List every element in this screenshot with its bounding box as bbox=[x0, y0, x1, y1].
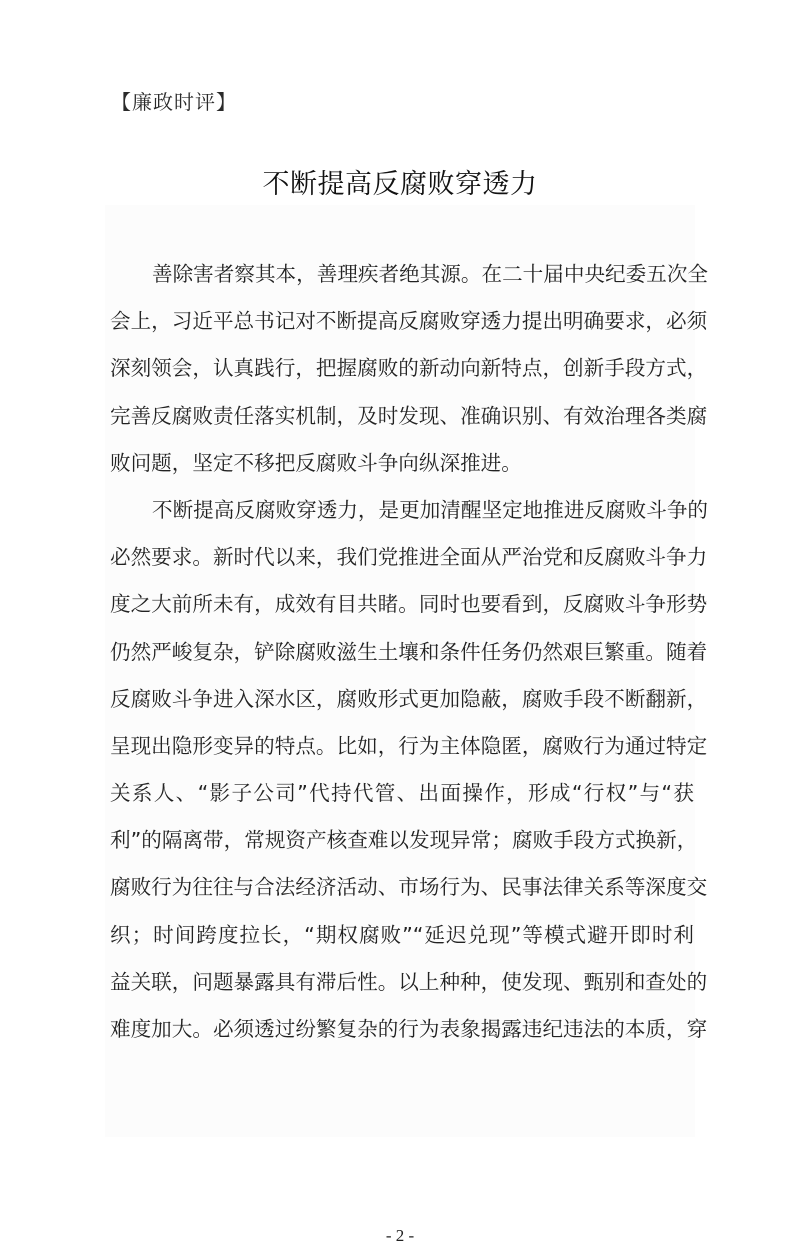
paragraph-2-line-12: 难度加大。必须透过纷繁复杂的行为表象揭露违纪违法的本质，穿 bbox=[110, 1006, 694, 1053]
paragraph-2-line-2: 必然要求。新时代以来，我们党推进全面从严治党和反腐败斗争力 bbox=[110, 534, 694, 581]
document-page: 【廉政时评】 不断提高反腐败穿透力 善除害者察其本，善理疾者绝其源。在二十届中央… bbox=[0, 0, 800, 1258]
paragraph-2-line-11: 益关联，问题暴露具有滞后性。以上种种，使发现、甄别和查处的 bbox=[110, 959, 694, 1006]
paragraph-2-line-8: 利”的隔离带，常规资产核查难以发现异常；腐败手段方式换新， bbox=[110, 817, 694, 864]
paragraph-1-line-4: 完善反腐败责任落实机制，及时发现、准确识别、有效治理各类腐 bbox=[110, 393, 694, 440]
article-title: 不断提高反腐败穿透力 bbox=[0, 162, 800, 201]
paragraph-1-line-2: 会上，习近平总书记对不断提高反腐败穿透力提出明确要求，必须 bbox=[110, 298, 694, 345]
paragraph-2-line-3: 度之大前所未有，成效有目共睹。同时也要看到，反腐败斗争形势 bbox=[110, 581, 694, 628]
paragraph-2-line-4: 仍然严峻复杂，铲除腐败滋生土壤和条件任务仍然艰巨繁重。随着 bbox=[110, 629, 694, 676]
paragraph-1-line-5: 败问题，坚定不移把反腐败斗争向纵深推进。 bbox=[110, 440, 694, 487]
paragraph-2-line-7: 关系人、“影子公司”代持代管、出面操作，形成“行权”与“获 bbox=[110, 770, 694, 817]
paragraph-2-line-1: 不断提高反腐败穿透力，是更加清醒坚定地推进反腐败斗争的 bbox=[110, 487, 694, 534]
page-number: - 2 - bbox=[0, 1226, 800, 1246]
article-body: 善除害者察其本，善理疾者绝其源。在二十届中央纪委五次全 会上，习近平总书记对不断… bbox=[110, 251, 694, 1053]
paragraph-2-line-6: 呈现出隐形变异的特点。比如，行为主体隐匿，腐败行为通过特定 bbox=[110, 723, 694, 770]
paragraph-1-line-3: 深刻领会，认真践行，把握腐败的新动向新特点，创新手段方式， bbox=[110, 345, 694, 392]
column-tag: 【廉政时评】 bbox=[111, 86, 237, 115]
paragraph-2-line-10: 织；时间跨度拉长，“期权腐败”“延迟兑现”等模式避开即时利 bbox=[110, 912, 694, 959]
paragraph-2-line-5: 反腐败斗争进入深水区，腐败形式更加隐蔽，腐败手段不断翻新， bbox=[110, 676, 694, 723]
paragraph-1-line-1: 善除害者察其本，善理疾者绝其源。在二十届中央纪委五次全 bbox=[110, 251, 694, 298]
paragraph-2-line-9: 腐败行为往往与合法经济活动、市场行为、民事法律关系等深度交 bbox=[110, 864, 694, 911]
